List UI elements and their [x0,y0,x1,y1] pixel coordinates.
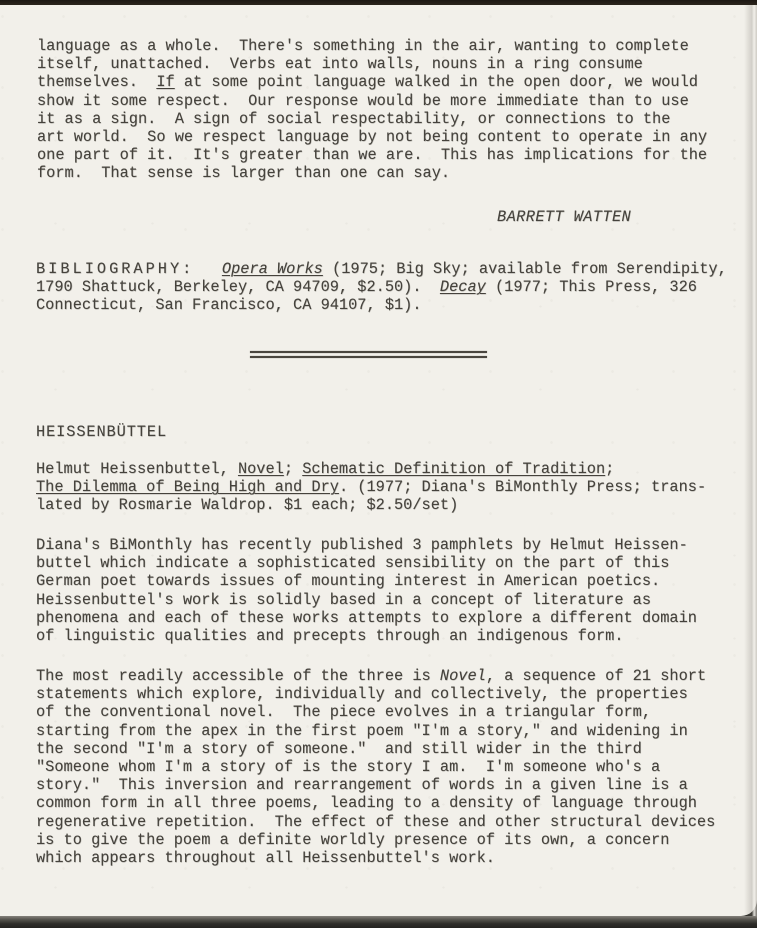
text-line: language as a whole. There's something i… [37,37,707,55]
divider-rule-bottom [250,356,487,358]
text-line: 1790 Shattuck, Berkeley, CA 94709, $2.50… [36,278,727,296]
section-heading: HEISSENBÜTTEL [36,423,167,441]
text-line: it as a sign. A sign of social respectab… [37,110,707,128]
text-line: one part of it. It's greater than we are… [37,146,707,164]
author-attribution: BARRETT WATTEN [497,208,631,226]
scan-edge-top [0,0,757,5]
divider-rule-top [250,351,487,353]
text-line: "Someone whom I'm a story of is the stor… [36,758,715,776]
text-line: story." This inversion and rearrangement… [36,776,715,794]
text-line: of the conventional novel. The piece evo… [36,703,715,721]
text-line: the second "I'm a story of someone." and… [36,740,715,758]
text-line: show it some respect. Our response would… [37,92,707,110]
text-line: phenomena and each of these works attemp… [36,609,697,627]
text-line: statements which explore, individually a… [36,685,715,703]
text-line: The most readily accessible of the three… [36,667,715,685]
review-paragraph-1: Diana's BiMonthly has recently published… [36,536,697,645]
scanned-document-page: language as a whole. There's something i… [0,0,757,928]
text-line: themselves. If at some point language wa… [37,73,707,91]
review-paragraph-2: The most readily accessible of the three… [36,667,715,867]
text-line: common form in all three poems, leading … [36,794,715,812]
text-line: Diana's BiMonthly has recently published… [36,536,697,554]
text-line: German poet towards issues of mounting i… [36,572,697,590]
text-line: regenerative repetition. The effect of t… [36,813,715,831]
opening-paragraph: language as a whole. There's something i… [37,37,707,183]
text-line: starting from the apex in the first poem… [36,722,715,740]
section-divider [250,351,487,358]
text-line: buttel which indicate a sophisticated se… [36,554,697,572]
text-line: which appears throughout all Heissenbutt… [36,849,715,867]
text-line: Helmut Heissenbuttel, Novel; Schematic D… [36,460,706,478]
text-line: The Dilemma of Being High and Dry. (1977… [36,478,706,496]
text-line: Connecticut, San Francisco, CA 94107, $1… [36,296,727,314]
text-line: of linguistic qualities and precepts thr… [36,627,697,645]
text-line: is to give the poem a definite worldly p… [36,831,715,849]
text-line: art world. So we respect language by not… [37,128,707,146]
scan-edge-bottom [0,916,757,928]
text-line: itself, unattached. Verbs eat into walls… [37,55,707,73]
text-line: lated by Rosmarie Waldrop. $1 each; $2.5… [36,496,706,514]
text-line: form. That sense is larger than one can … [37,164,707,182]
text-line: BIBLIOGRAPHY: Opera Works (1975; Big Sky… [36,260,727,278]
bibliography-paragraph: BIBLIOGRAPHY: Opera Works (1975; Big Sky… [36,260,727,315]
text-line: Heissenbuttel's work is solidly based in… [36,591,697,609]
citation-paragraph: Helmut Heissenbuttel, Novel; Schematic D… [36,460,706,515]
